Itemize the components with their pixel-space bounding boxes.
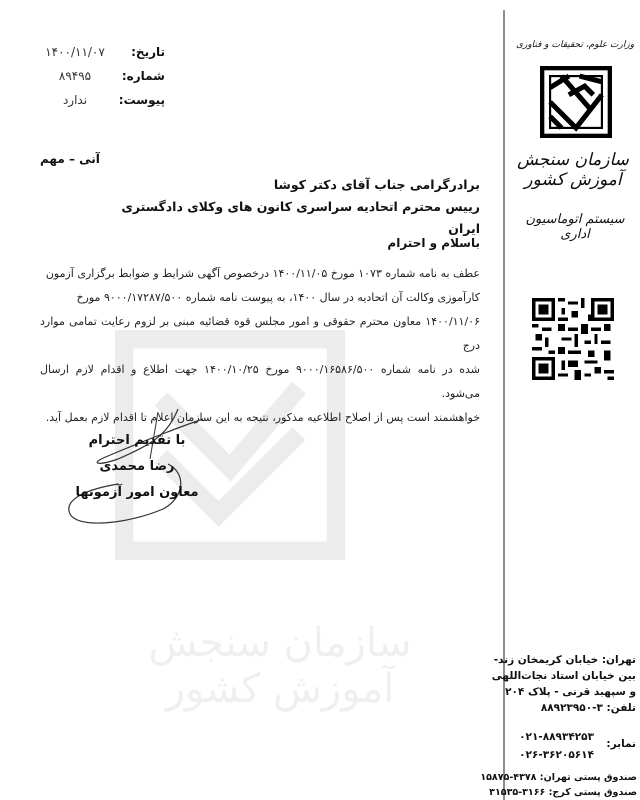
signature-closing: با تقدیم احترام (72, 428, 202, 454)
letter-meta: تاریخ: ۱۴۰۰/۱۱/۰۷ شماره: ۸۹۴۹۵ پیوست: ند… (30, 40, 165, 112)
number-value: ۸۹۴۹۵ (30, 69, 120, 83)
body-line: کارآموزی وکالت آن اتحادیه در سال ۱۴۰۰، ب… (40, 286, 480, 310)
system-name: سیستم اتوماسیون اداری (515, 212, 635, 242)
address-line: بین خیابان استاد نجات‌اللهی (508, 668, 636, 684)
phone-line: تلفن: ۳-۸۸۹۲۳۹۵۰ (508, 700, 636, 716)
recipient-block: برادرگرامی جناب آقای دکتر کوشا رییس محتر… (90, 174, 480, 240)
signatory-title: معاون امور آزمونها (72, 480, 202, 506)
letter-page: سازمان سنجش آموزش کشور وزارت علوم، تحقیق… (0, 0, 640, 800)
po-box-line: صندوق پستی تهران: ۴۳۷۸-۱۵۸۷۵ (505, 770, 637, 785)
signatory-name: رضا محمدی (72, 454, 202, 480)
ministry-name: وزارت علوم، تحقیقات و فناوری (515, 40, 635, 50)
number-row: شماره: ۸۹۴۹۵ (30, 64, 165, 88)
address-line: و سپهبد قرنی - پلاک ۲۰۴ (508, 684, 636, 700)
date-value: ۱۴۰۰/۱۱/۰۷ (30, 45, 120, 59)
greeting: باسلام و احترام (300, 236, 480, 250)
date-row: تاریخ: ۱۴۰۰/۱۱/۰۷ (30, 40, 165, 64)
po-box-line: صندوق پستی کرج: ۳۱۶۶-۳۱۵۳۵ (505, 785, 637, 800)
body-line: عطف به نامه شماره ۱۰۷۳ مورخ ۱۴۰۰/۱۱/۰۵ د… (40, 262, 480, 286)
organization-name: سازمان سنجش آموزش کشور (508, 150, 638, 190)
attachment-value: ندارد (30, 93, 120, 107)
signature-block: با تقدیم احترام رضا محمدی معاون امور آزم… (72, 428, 202, 506)
fax-number: ۰۲۱-۸۸۹۳۴۲۵۳ (519, 728, 594, 746)
body-line: شده در نامه شماره ۹۰۰۰/۱۶۵۸۶/۵۰۰ مورخ ۱۴… (40, 358, 480, 406)
address-block: تهران: خیابان کریمخان زند- بین خیابان اس… (508, 652, 636, 716)
attachment-row: پیوست: ندارد (30, 88, 165, 112)
attachment-label: پیوست: (120, 93, 165, 107)
number-label: شماره: (120, 69, 165, 83)
priority-label: آنی – مهم (40, 152, 100, 166)
body-line: ۱۴۰۰/۱۱/۰۶ معاون محترم حقوقی و امور مجلس… (40, 310, 480, 358)
recipient-name: برادرگرامی جناب آقای دکتر کوشا (90, 174, 480, 196)
qr-code-icon[interactable] (532, 298, 614, 380)
fax-label: نمابر: (606, 738, 636, 750)
date-label: تاریخ: (120, 45, 165, 59)
address-line: تهران: خیابان کریمخان زند- (508, 652, 636, 668)
po-box-block: صندوق پستی تهران: ۴۳۷۸-۱۵۸۷۵ صندوق پستی … (505, 770, 637, 800)
fax-number: ۰۲۶-۳۶۲۰۵۶۱۴ (519, 746, 594, 764)
recipient-title: رییس محترم اتحادیه سراسری کانون های وکلا… (90, 196, 480, 240)
watermark-text: سازمان سنجش آموزش کشور (110, 620, 450, 712)
organization-logo-icon (540, 66, 612, 138)
